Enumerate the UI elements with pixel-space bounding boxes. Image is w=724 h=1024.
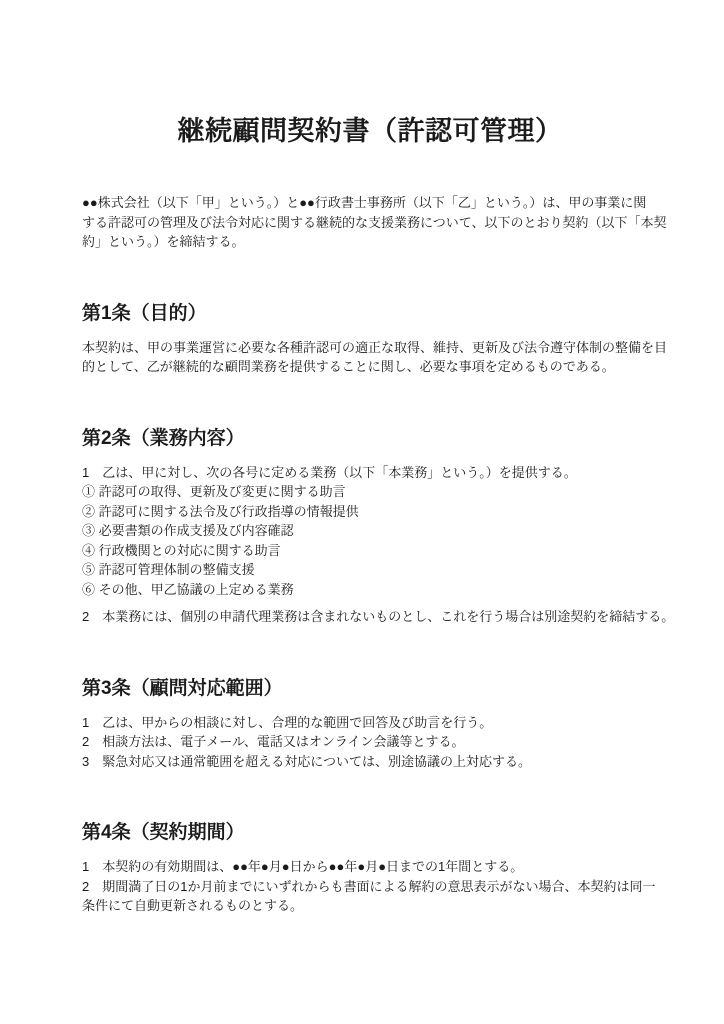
article-4-clause-1: 1 本契約の有効期間は、●●年●月●日から●●年●月●日までの1年間とする。 — [82, 857, 658, 877]
intro-line: 約」という。）を締結する。 — [82, 232, 658, 252]
contract-document-page: 継続顧問契約書（許認可管理） ●●株式会社（以下「甲」という。）と●●行政書士事… — [0, 0, 724, 1024]
article-2-clause-2: 2 本業務には、個別の申請代理業務は含まれないものとし、これを行う場合は別途契約… — [82, 607, 658, 627]
section-article-1-purpose: 第1条（目的） 本契約は、甲の事業運営に必要な各種許認可の適正な取得、維持、更新… — [82, 300, 658, 377]
article-2-item-5: ⑤ 許認可管理体制の整備支援 — [82, 560, 658, 580]
article-3-heading: 第3条（顧問対応範囲） — [82, 675, 658, 703]
article-2-item-3: ③ 必要書類の作成支援及び内容確認 — [82, 521, 658, 541]
article-1-body-line: 的として、乙が継続的な顧問業務を提供することに関し、必要な事項を定めるものである… — [82, 357, 658, 377]
section-article-3-scope: 第3条（顧問対応範囲） 1 乙は、甲からの相談に対し、合理的な範囲で回答及び助言… — [82, 675, 658, 772]
section-article-4-term: 第4条（契約期間） 1 本契約の有効期間は、●●年●月●日から●●年●月●日まで… — [82, 819, 658, 916]
article-3-clause-3: 3 緊急対応又は通常範囲を超える対応については、別途協議の上対応する。 — [82, 752, 658, 772]
article-2-item-6: ⑥ その他、甲乙協議の上定める業務 — [82, 580, 658, 600]
document-title: 継続顧問契約書（許認可管理） — [82, 112, 658, 150]
article-4-clause-2-continued: 条件にて自動更新されるものとする。 — [82, 896, 658, 916]
article-2-item-2: ② 許認可に関する法令及び行政指導の情報提供 — [82, 502, 658, 522]
intro-line: ●●株式会社（以下「甲」という。）と●●行政書士事務所（以下「乙」という。）は、… — [82, 193, 658, 213]
section-article-2-services: 第2条（業務内容） 1 乙は、甲に対し、次の各号に定める業務（以下「本業務」とい… — [82, 425, 658, 627]
article-2-item-1: ① 許認可の取得、更新及び変更に関する助言 — [82, 482, 658, 502]
article-4-clause-2: 2 期間満了日の1か月前までにいずれからも書面による解約の意思表示がない場合、本… — [82, 877, 658, 897]
article-1-heading: 第1条（目的） — [82, 300, 658, 328]
article-2-item-4: ④ 行政機関との対応に関する助言 — [82, 541, 658, 561]
article-3-clause-1: 1 乙は、甲からの相談に対し、合理的な範囲で回答及び助言を行う。 — [82, 713, 658, 733]
article-2-heading: 第2条（業務内容） — [82, 425, 658, 453]
intro-line: する許認可の管理及び法令対応に関する継続的な支援業務について、以下のとおり契約（… — [82, 213, 658, 233]
intro-paragraph: ●●株式会社（以下「甲」という。）と●●行政書士事務所（以下「乙」という。）は、… — [82, 193, 658, 252]
article-2-clause-1: 1 乙は、甲に対し、次の各号に定める業務（以下「本業務」という。）を提供する。 — [82, 463, 658, 483]
article-3-clause-2: 2 相談方法は、電子メール、電話又はオンライン会議等とする。 — [82, 732, 658, 752]
article-1-body-line: 本契約は、甲の事業運営に必要な各種許認可の適正な取得、維持、更新及び法令遵守体制… — [82, 338, 658, 358]
article-4-heading: 第4条（契約期間） — [82, 819, 658, 847]
